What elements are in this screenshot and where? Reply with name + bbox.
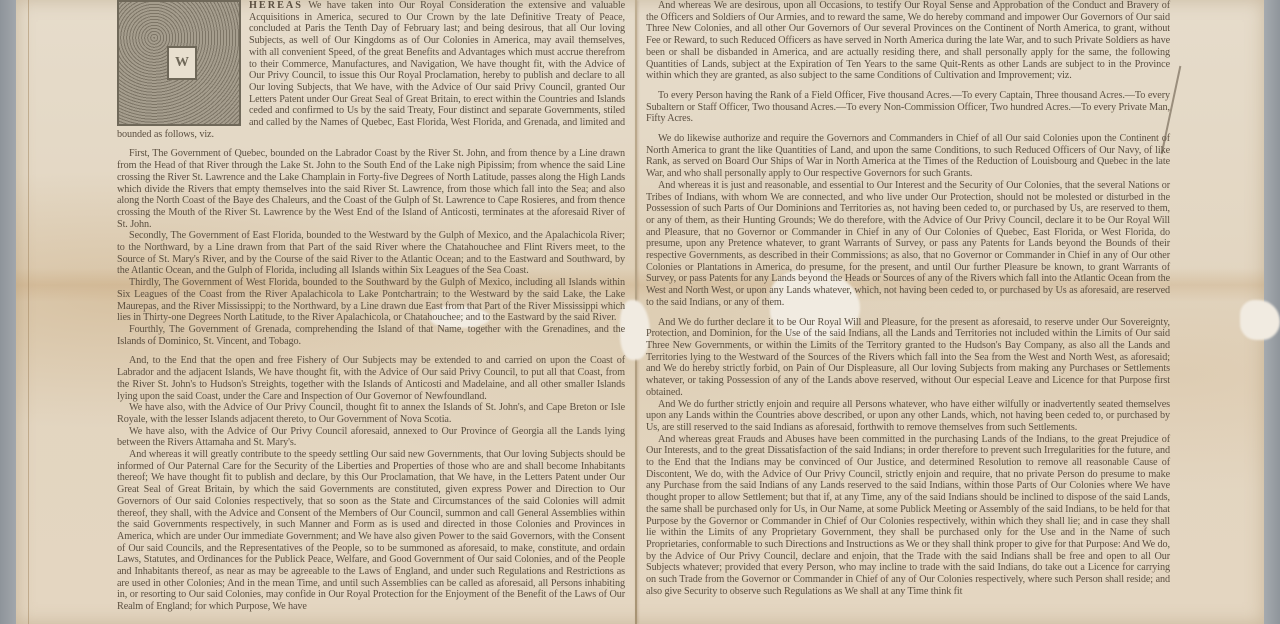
- dropcap-letter: W: [167, 46, 197, 80]
- paragraph-nova-scotia: We have also, with the Advice of Our Pri…: [117, 402, 625, 425]
- paragraph-quebec: First, The Government of Quebec, bounded…: [117, 148, 625, 230]
- paragraph-officers: And whereas We are desirous, upon all Oc…: [646, 0, 1170, 82]
- right-text-column: And whereas We are desirous, upon all Oc…: [646, 0, 1170, 597]
- first-word: HEREAS: [249, 0, 303, 11]
- margin-rule: [28, 0, 29, 624]
- left-text-column: W HEREAS We have taken into Our Royal Co…: [117, 0, 625, 613]
- paragraph-fishery: And, to the End that the open and free F…: [117, 355, 625, 402]
- paragraph-acreage: To every Person having the Rank of a Fie…: [646, 90, 1170, 125]
- paragraph-assemblies: And whereas it will greatly contribute t…: [117, 449, 625, 613]
- paragraph-reserve: And We do further declare it to be Our R…: [646, 317, 1170, 399]
- paragraph-remove-settlers: And We do further strictly enjoin and re…: [646, 399, 1170, 434]
- paper-tear: [1240, 300, 1280, 340]
- paragraph-navy: We do likewise authorize and require the…: [646, 133, 1170, 180]
- paragraph-grenada: Fourthly, The Government of Grenada, com…: [117, 324, 625, 347]
- paragraph-east-florida: Secondly, The Government of East Florida…: [117, 230, 625, 277]
- paragraph-indian-nations: And whereas it is just and reasonable, a…: [646, 180, 1170, 309]
- paragraph-west-florida: Thirdly, The Government of West Florida,…: [117, 277, 625, 324]
- paragraph-trade: And whereas great Frauds and Abuses have…: [646, 434, 1170, 598]
- paragraph-georgia: We have also, with the Advice of Our Pri…: [117, 426, 625, 449]
- ornamental-initial: W: [117, 0, 241, 126]
